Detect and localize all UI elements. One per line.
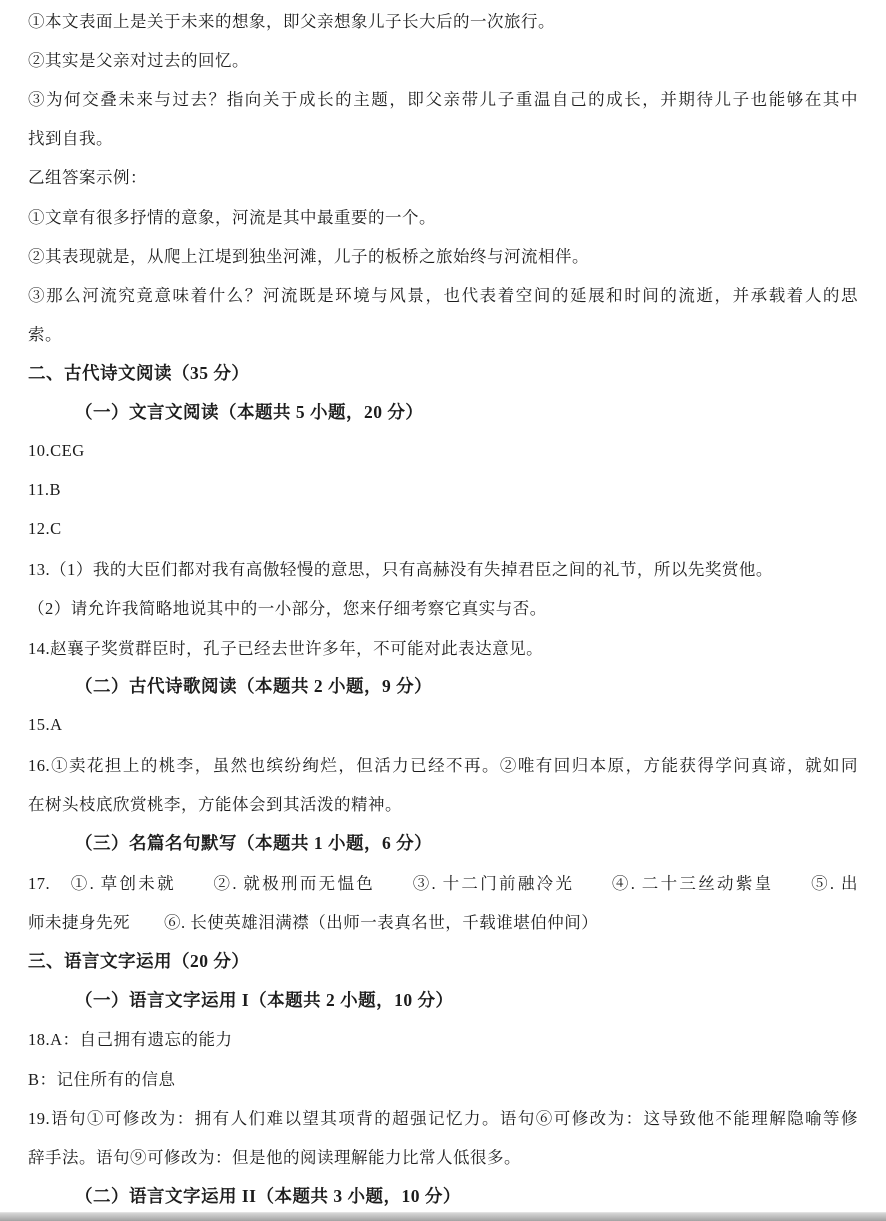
section-heading: （三）名篇名句默写（本题共 1 小题，6 分）: [28, 823, 858, 862]
document-line: ②其表现就是，从爬上江堤到独坐河滩，儿子的板桥之旅始终与河流相伴。: [28, 235, 858, 274]
document-line: 19.语句①可修改为：拥有人们难以望其项背的超强记忆力。语句⑥可修改为：这导致他…: [28, 1097, 858, 1136]
document-line: B：记住所有的信息: [28, 1058, 858, 1097]
bottom-divider-bar: [0, 1212, 886, 1221]
document-text-column: ①本文表面上是关于未来的想象，即父亲想象儿子长大后的一次旅行。②其实是父亲对过去…: [28, 0, 858, 1215]
document-line: 13.（1）我的大臣们都对我有高傲轻慢的意思，只有高赫没有失掉君臣之间的礼节，所…: [28, 549, 858, 588]
document-line: ②其实是父亲对过去的回忆。: [28, 39, 858, 78]
section-heading: （一）文言文阅读（本题共 5 小题，20 分）: [28, 392, 858, 431]
document-line: 辞手法。语句⑨可修改为：但是他的阅读理解能力比常人低很多。: [28, 1136, 858, 1175]
document-line: 乙组答案示例：: [28, 157, 858, 196]
document-line: 15.A: [28, 705, 858, 744]
document-page: ①本文表面上是关于未来的想象，即父亲想象儿子长大后的一次旅行。②其实是父亲对过去…: [0, 0, 886, 1221]
document-line: 找到自我。: [28, 118, 858, 157]
document-line: ③那么河流究竟意味着什么？河流既是环境与风景，也代表着空间的延展和时间的流逝，并…: [28, 274, 858, 313]
document-line: ①文章有很多抒情的意象，河流是其中最重要的一个。: [28, 196, 858, 235]
document-line: 在树头枝底欣赏桃李，方能体会到其活泼的精神。: [28, 784, 858, 823]
document-line: ③为何交叠未来与过去？指向关于成长的主题，即父亲带儿子重温自己的成长，并期待儿子…: [28, 78, 858, 117]
document-line: 师未捷身先死 ⑥. 长使英雄泪满襟（出师一表真名世，千载谁堪伯仲间）: [28, 901, 858, 940]
document-line: 10.CEG: [28, 431, 858, 470]
document-line: 12.C: [28, 509, 858, 548]
document-line: 17. ①. 草创未就 ②. 就极刑而无愠色 ③. 十二门前融冷光 ④. 二十三…: [28, 862, 858, 901]
document-line: ①本文表面上是关于未来的想象，即父亲想象儿子长大后的一次旅行。: [28, 0, 858, 39]
section-heading: 三、语言文字运用（20 分）: [28, 941, 858, 980]
document-line: 11.B: [28, 470, 858, 509]
document-line: 14.赵襄子奖赏群臣时，孔子已经去世许多年，不可能对此表达意见。: [28, 627, 858, 666]
document-line: 16.①卖花担上的桃李，虽然也缤纷绚烂，但活力已经不再。②唯有回归本原，方能获得…: [28, 745, 858, 784]
document-line: （2）请允许我简略地说其中的一小部分，您来仔细考察它真实与否。: [28, 588, 858, 627]
document-line: 索。: [28, 314, 858, 353]
section-heading: （二）古代诗歌阅读（本题共 2 小题，9 分）: [28, 666, 858, 705]
section-heading: （二）语言文字运用 II（本题共 3 小题，10 分）: [28, 1176, 858, 1215]
document-line: 18.A：自己拥有遗忘的能力: [28, 1019, 858, 1058]
section-heading: 二、古代诗文阅读（35 分）: [28, 353, 858, 392]
section-heading: （一）语言文字运用 I（本题共 2 小题，10 分）: [28, 980, 858, 1019]
